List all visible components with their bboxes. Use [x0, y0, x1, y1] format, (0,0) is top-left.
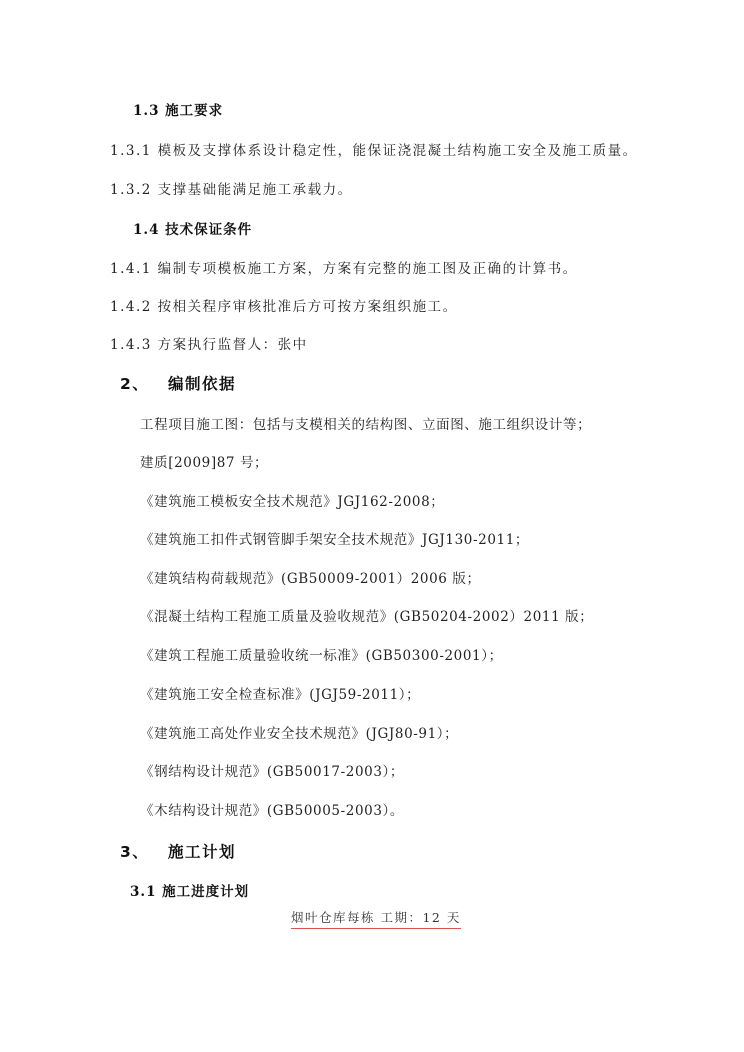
heading-1-4: 1.4 技术保证条件	[133, 218, 252, 238]
heading-3-1: 3.1 施工进度计划	[130, 880, 249, 900]
basis-item: 《建筑施工高处作业安全技术规范》(JGJ80-91）；	[140, 722, 458, 742]
basis-item: 《木结构设计规范》(GB50005-2003）。	[140, 799, 404, 819]
schedule-caption: 烟叶仓库每栋 工期：12 天	[291, 908, 461, 929]
item-1-4-3: 1.4.3 方案执行监督人：张中	[110, 333, 308, 353]
section-2-title: 编制依据	[168, 375, 236, 393]
heading-1-3: 1.3 施工要求	[133, 99, 223, 119]
item-1-3-1: 1.3.1 模板及支撑体系设计稳定性，能保证浇混凝土结构施工安全及施工质量。	[110, 139, 638, 159]
basis-item: 《建筑施工安全检查标准》(JGJ59-2011）；	[140, 683, 420, 703]
section-2-number: 2、	[120, 372, 168, 394]
section-3-title: 施工计划	[168, 843, 236, 861]
basis-item: 《建筑结构荷载规范》(GB50009-2001）2006 版；	[140, 567, 481, 587]
heading-section-2: 2、编制依据	[120, 372, 236, 394]
basis-item: 《混凝土结构工程施工质量及验收规范》(GB50204-2002）2011 版；	[140, 605, 593, 625]
basis-item: 工程项目施工图：包括与支模相关的结构图、立面图、施工组织设计等；	[140, 413, 591, 433]
basis-item: 《建筑施工扣件式钢管脚手架安全技术规范》JGJ130-2011；	[140, 528, 529, 548]
basis-item: 《建筑工程施工质量验收统一标准》(GB50300-2001）；	[140, 644, 503, 664]
basis-item: 《钢结构设计规范》(GB50017-2003）；	[140, 760, 404, 780]
item-1-4-2: 1.4.2 按相关程序审核批准后方可按方案组织施工。	[110, 295, 458, 315]
item-1-4-1: 1.4.1 编制专项模板施工方案，方案有完整的施工图及正确的计算书。	[110, 257, 578, 277]
basis-item: 《建筑施工模板安全技术规范》JGJ162-2008；	[140, 490, 444, 510]
heading-section-3: 3、施工计划	[120, 840, 236, 862]
section-3-number: 3、	[120, 840, 168, 862]
item-1-3-2: 1.3.2 支撑基础能满足施工承载力。	[110, 178, 353, 198]
basis-item: 建质[2009]87 号；	[140, 451, 268, 471]
